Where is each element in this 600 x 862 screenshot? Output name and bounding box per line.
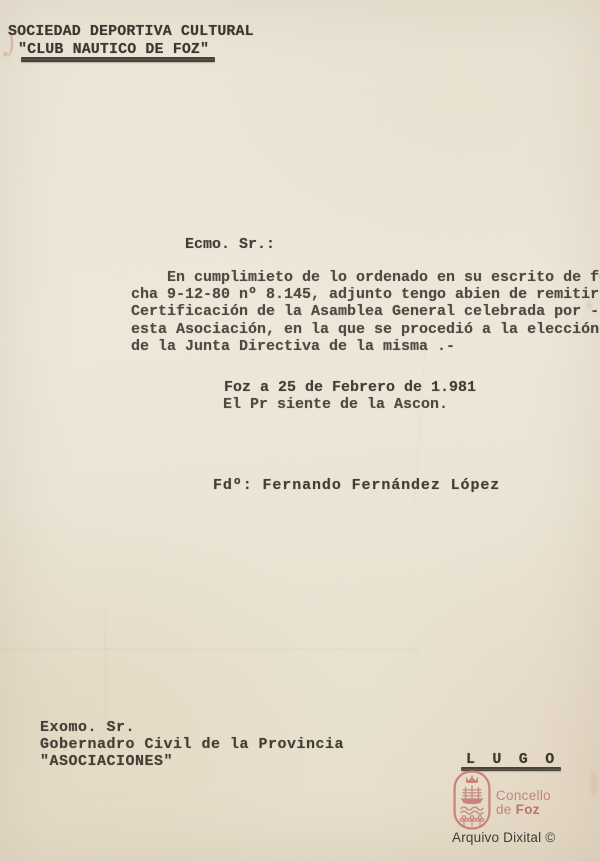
concello-logo-text: Concello de Foz — [496, 789, 551, 817]
concello-de-foz-crest-icon — [453, 770, 491, 830]
addressee-section: "ASOCIACIONES" — [40, 753, 344, 770]
body-line: cha 9-12-80 nº 8.145, adjunto tengo abie… — [131, 286, 600, 303]
letterhead-underline — [21, 57, 215, 62]
paper-stain-speck — [590, 770, 598, 796]
logo-org-name: Concello — [496, 789, 551, 803]
scanned-letter-page: SOCIEDAD DEPORTIVA CULTURAL "CLUB NAUTIC… — [0, 0, 600, 862]
addressee-title: Gobernadro Civil de la Provincia — [40, 736, 344, 753]
paper-crease-horizontal — [0, 648, 420, 651]
letterhead-org-name: SOCIEDAD DEPORTIVA CULTURAL — [8, 23, 254, 40]
archive-credit: Arquivo Dixital © — [452, 830, 555, 845]
logo-org-place: de Foz — [496, 803, 551, 817]
body-line: Certificación de la Asamblea General cel… — [131, 303, 600, 320]
salutation: Ecmo. Sr.: — [185, 236, 275, 253]
signer-title: El Pr siente de la Ascon. — [223, 396, 448, 413]
body-line: esta Asociación, en la que se procedió a… — [131, 321, 600, 338]
addressee-block: Exomo. Sr. Gobernadro Civil de la Provin… — [40, 719, 344, 771]
body-line: de la Junta Directiva de la misma .- — [131, 338, 600, 355]
province-stamp: L U G O — [466, 751, 558, 768]
letter-body: En cumplimieto de lo ordenado en su escr… — [131, 269, 600, 355]
addressee-honorific: Exomo. Sr. — [40, 719, 344, 736]
red-pencil-dot — [3, 52, 8, 56]
logo-place-prefix: de — [496, 802, 516, 817]
letterhead-club-name: "CLUB NAUTICO DE FOZ" — [18, 41, 209, 58]
signature-line: Fdº: Fernando Fernández López — [213, 477, 500, 494]
logo-place-name: Foz — [516, 802, 540, 817]
dateline: Foz a 25 de Febrero de 1.981 — [224, 379, 476, 396]
body-line: En cumplimieto de lo ordenado en su escr… — [131, 269, 600, 286]
